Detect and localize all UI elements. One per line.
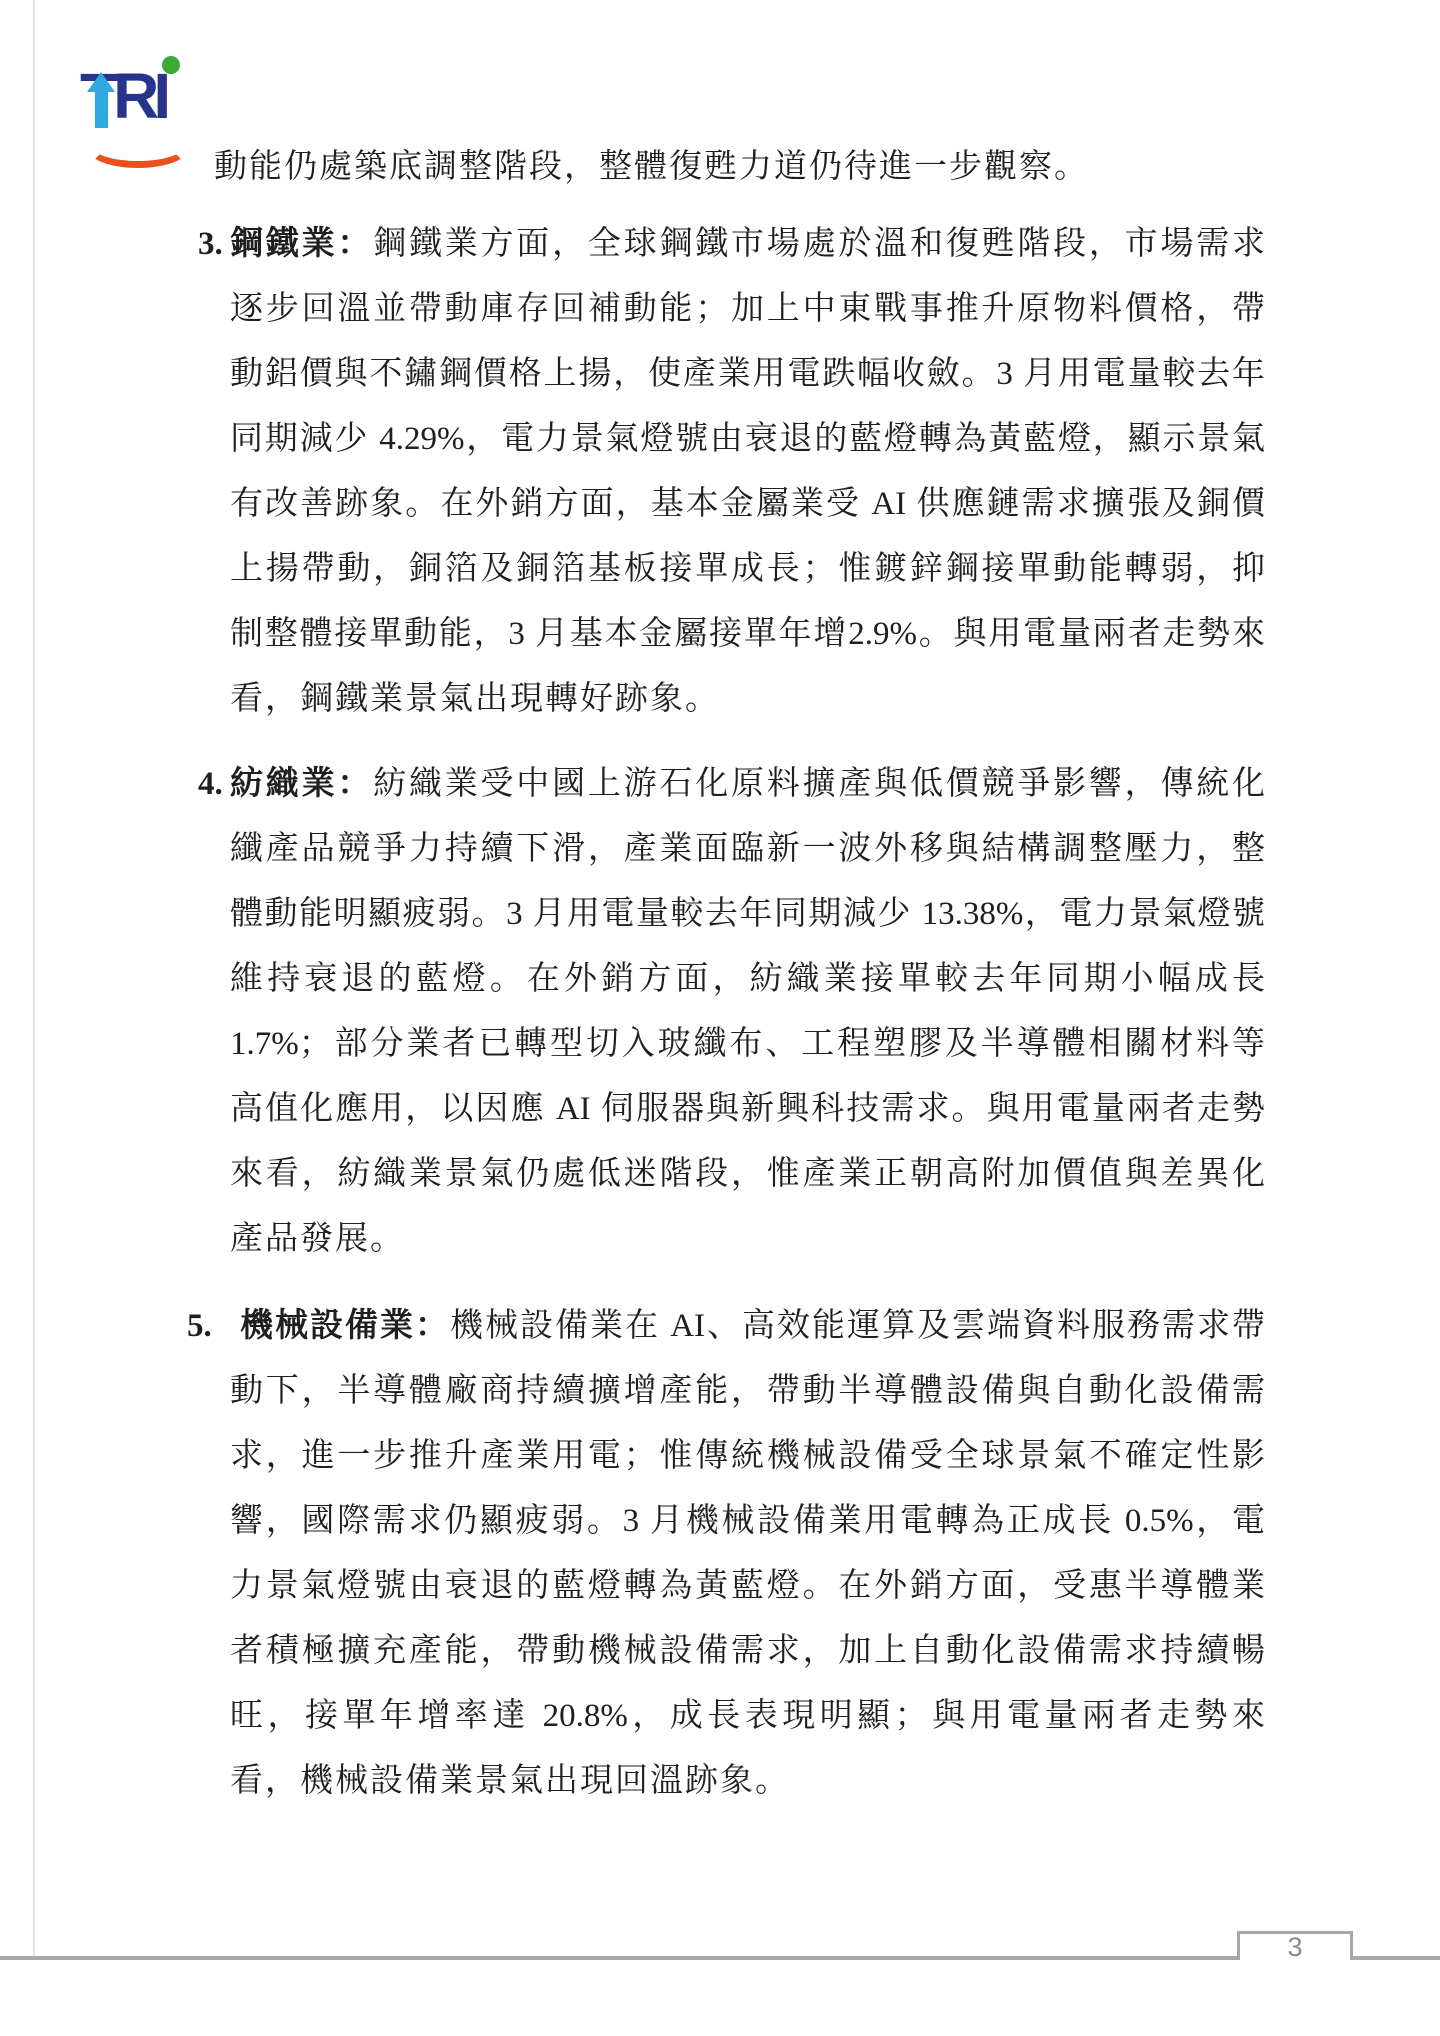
section-item-5: 5.機械設備業：機械設備業在 AI、高效能運算及雲端資料服務需求帶動下，半導體廠… (230, 1294, 1265, 1814)
body-line: 來看，紡織業景氣仍處低迷階段，惟產業正朝高附加價值與差異化 (230, 1142, 1265, 1207)
list-number: 3. (198, 212, 223, 277)
body-line: 旺，接單年增率達 20.8%，成長表現明顯；與用電量兩者走勢來 (230, 1684, 1265, 1749)
logo-green-dot-icon (162, 56, 180, 74)
section-heading: 紡織業： (230, 766, 373, 802)
sections-container: 3.鋼鐵業：鋼鐵業方面，全球鋼鐵市場處於溫和復甦階段，市場需求逐步回溫並帶動庫存… (230, 212, 1265, 1814)
logo-up-arrow-head-icon (87, 72, 115, 92)
body-line: 動下，半導體廠商持續擴增產能，帶動半導體設備與自動化設備需 (230, 1359, 1265, 1424)
body-line: 看，鋼鐵業景氣出現轉好跡象。 (230, 667, 1265, 732)
body-line: 上揚帶動，銅箔及銅箔基板接單成長；惟鍍鋅鋼接單動能轉弱，抑 (230, 537, 1265, 602)
body-line: 有改善跡象。在外銷方面，基本金屬業受 AI 供應鏈需求擴張及銅價 (230, 472, 1265, 537)
body-line: 維持衰退的藍燈。在外銷方面，紡織業接單較去年同期小幅成長 (230, 947, 1265, 1012)
body-line: 3.鋼鐵業：鋼鐵業方面，全球鋼鐵市場處於溫和復甦階段，市場需求 (230, 212, 1265, 277)
document-body: 動能仍處築底調整階段，整體復甦力道仍待進一步觀察。 3.鋼鐵業：鋼鐵業方面，全球… (230, 135, 1265, 1814)
tri-logo: TRI (78, 50, 193, 158)
logo-up-arrow-icon (95, 90, 108, 128)
body-line: 體動能明顯疲弱。3 月用電量較去年同期減少 13.38%，電力景氣燈號 (230, 882, 1265, 947)
section-text: 紡織業受中國上游石化原料擴產與低價競爭影響，傳統化 (373, 766, 1265, 802)
body-line: 同期減少 4.29%，電力景氣燈號由衰退的藍燈轉為黃藍燈，顯示景氣 (230, 407, 1265, 472)
body-line: 制整體接單動能，3 月基本金屬接單年增2.9%。與用電量兩者走勢來 (230, 602, 1265, 667)
section-text: 機械設備業在 AI、高效能運算及雲端資料服務需求帶 (450, 1308, 1265, 1344)
body-line: 產品發展。 (230, 1207, 1265, 1272)
page-number: 3 (1287, 1932, 1302, 1963)
body-line: 力景氣燈號由衰退的藍燈轉為黃藍燈。在外銷方面，受惠半導體業 (230, 1554, 1265, 1619)
page-number-tab: 3 (1237, 1931, 1353, 1960)
list-number: 5. (187, 1294, 212, 1359)
body-line: 動鋁價與不鏽鋼價格上揚，使產業用電跌幅收斂。3 月用電量較去年 (230, 342, 1265, 407)
body-line: 者積極擴充產能，帶動機械設備需求，加上自動化設備需求持續暢 (230, 1619, 1265, 1684)
section-item-3: 3.鋼鐵業：鋼鐵業方面，全球鋼鐵市場處於溫和復甦階段，市場需求逐步回溫並帶動庫存… (230, 212, 1265, 732)
section-heading: 鋼鐵業： (230, 226, 373, 262)
intro-paragraph-line: 動能仍處築底調整階段，整體復甦力道仍待進一步觀察。 (214, 135, 1265, 200)
body-line: 4.紡織業：紡織業受中國上游石化原料擴產與低價競爭影響，傳統化 (230, 752, 1265, 817)
body-line: 響，國際需求仍顯疲弱。3 月機械設備業用電轉為正成長 0.5%，電 (230, 1489, 1265, 1554)
body-line: 逐步回溫並帶動庫存回補動能；加上中東戰事推升原物料價格，帶 (230, 277, 1265, 342)
footer-rule (0, 1956, 1440, 1960)
body-line: 高值化應用，以因應 AI 伺服器與新興科技需求。與用電量兩者走勢 (230, 1077, 1265, 1142)
section-heading: 機械設備業： (240, 1308, 450, 1344)
body-line: 5.機械設備業：機械設備業在 AI、高效能運算及雲端資料服務需求帶 (230, 1294, 1265, 1359)
body-line: 求，進一步推升產業用電；惟傳統機械設備受全球景氣不確定性影 (230, 1424, 1265, 1489)
body-line: 纖產品競爭力持續下滑，產業面臨新一波外移與結構調整壓力，整 (230, 817, 1265, 882)
body-line: 1.7%；部分業者已轉型切入玻纖布、工程塑膠及半導體相關材料等 (230, 1012, 1265, 1077)
list-number: 4. (198, 752, 223, 817)
logo-orange-arc-icon (86, 126, 190, 168)
section-item-4: 4.紡織業：紡織業受中國上游石化原料擴產與低價競爭影響，傳統化纖產品競爭力持續下… (230, 752, 1265, 1272)
page-left-border (33, 0, 35, 1957)
body-line: 看，機械設備業景氣出現回溫跡象。 (230, 1749, 1265, 1814)
section-text: 鋼鐵業方面，全球鋼鐵市場處於溫和復甦階段，市場需求 (373, 226, 1265, 262)
